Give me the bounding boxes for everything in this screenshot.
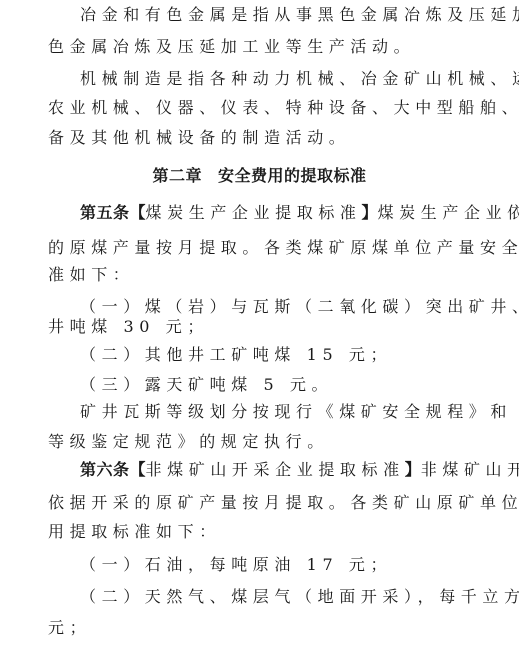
article-6-item-1: （一）石油，每吨原油 17 元； bbox=[80, 555, 510, 575]
article-5-line-1: 第五条【煤炭生产企业提取标准】煤炭生产企业依据开采 bbox=[80, 203, 510, 223]
paragraph-metallurgy-line-2: 色金属冶炼及压延加工业等生产活动。 bbox=[48, 37, 478, 57]
article-6-line-2: 依据开采的原矿产量按月提取。各类矿山原矿单位产量安全费 bbox=[48, 493, 478, 513]
paragraph-machinery-line-2: 农业机械、仪器、仪表、特种设备、大中型船舶、石油炼化装 bbox=[48, 98, 478, 118]
article-5-item-3: （三）露天矿吨煤 5 元。 bbox=[80, 375, 510, 395]
article-5-item-1-line-1: （一）煤（岩）与瓦斯（二氧化碳）突出矿井、高瓦斯矿 bbox=[80, 297, 510, 317]
article-6-item-2-line-1: （二）天然气、煤层气（地面开采），每千立方米原气 5 bbox=[80, 587, 510, 607]
article-6-line-3: 用提取标准如下： bbox=[48, 522, 478, 542]
article-5-note-line-2: 等级鉴定规范》的规定执行。 bbox=[48, 432, 478, 452]
article-5-item-1-line-2: 井吨煤 30 元； bbox=[48, 317, 478, 337]
article-5-topic: 煤炭生产企业提取标准 bbox=[146, 203, 362, 222]
article-5-bracket-close: 】 bbox=[362, 203, 378, 222]
chapter-number: 第二章 bbox=[152, 166, 202, 185]
paragraph-metallurgy-line-1: 冶金和有色金属是指从事黑色金属冶炼及压延加工业、有 bbox=[80, 5, 510, 25]
paragraph-machinery-line-3: 备及其他机械设备的制造活动。 bbox=[48, 128, 478, 148]
article-5-item-2: （二）其他井工矿吨煤 15 元； bbox=[80, 345, 510, 365]
article-5-bracket-open: 【 bbox=[130, 203, 146, 222]
chapter-heading: 第二章安全费用的提取标准 bbox=[0, 166, 519, 186]
article-6-item-2-line-2: 元； bbox=[48, 618, 478, 638]
article-5-line-2: 的原煤产量按月提取。各类煤矿原煤单位产量安全费用提取标 bbox=[48, 238, 478, 258]
article-5-note-line-1: 矿井瓦斯等级划分按现行《煤矿安全规程》和《矿井瓦斯 bbox=[80, 402, 510, 422]
chapter-title: 安全费用的提取标准 bbox=[218, 166, 367, 185]
article-5-label: 第五条 bbox=[80, 203, 130, 222]
article-5-line-1-rest: 煤炭生产企业依据开采 bbox=[378, 203, 519, 222]
article-6-bracket-close: 】 bbox=[405, 460, 421, 479]
article-6-label: 第六条 bbox=[80, 460, 130, 479]
paragraph-machinery-line-1: 机械制造是指各种动力机械、冶金矿山机械、运输机械、 bbox=[80, 69, 510, 89]
article-6-bracket-open: 【 bbox=[130, 460, 146, 479]
article-6-line-1: 第六条【非煤矿山开采企业提取标准】非煤矿山开采企业 bbox=[80, 460, 510, 480]
article-6-topic: 非煤矿山开采企业提取标准 bbox=[146, 460, 405, 479]
article-5-line-3: 准如下： bbox=[48, 265, 478, 285]
article-6-line-1-rest: 非煤矿山开采企业 bbox=[421, 460, 519, 479]
